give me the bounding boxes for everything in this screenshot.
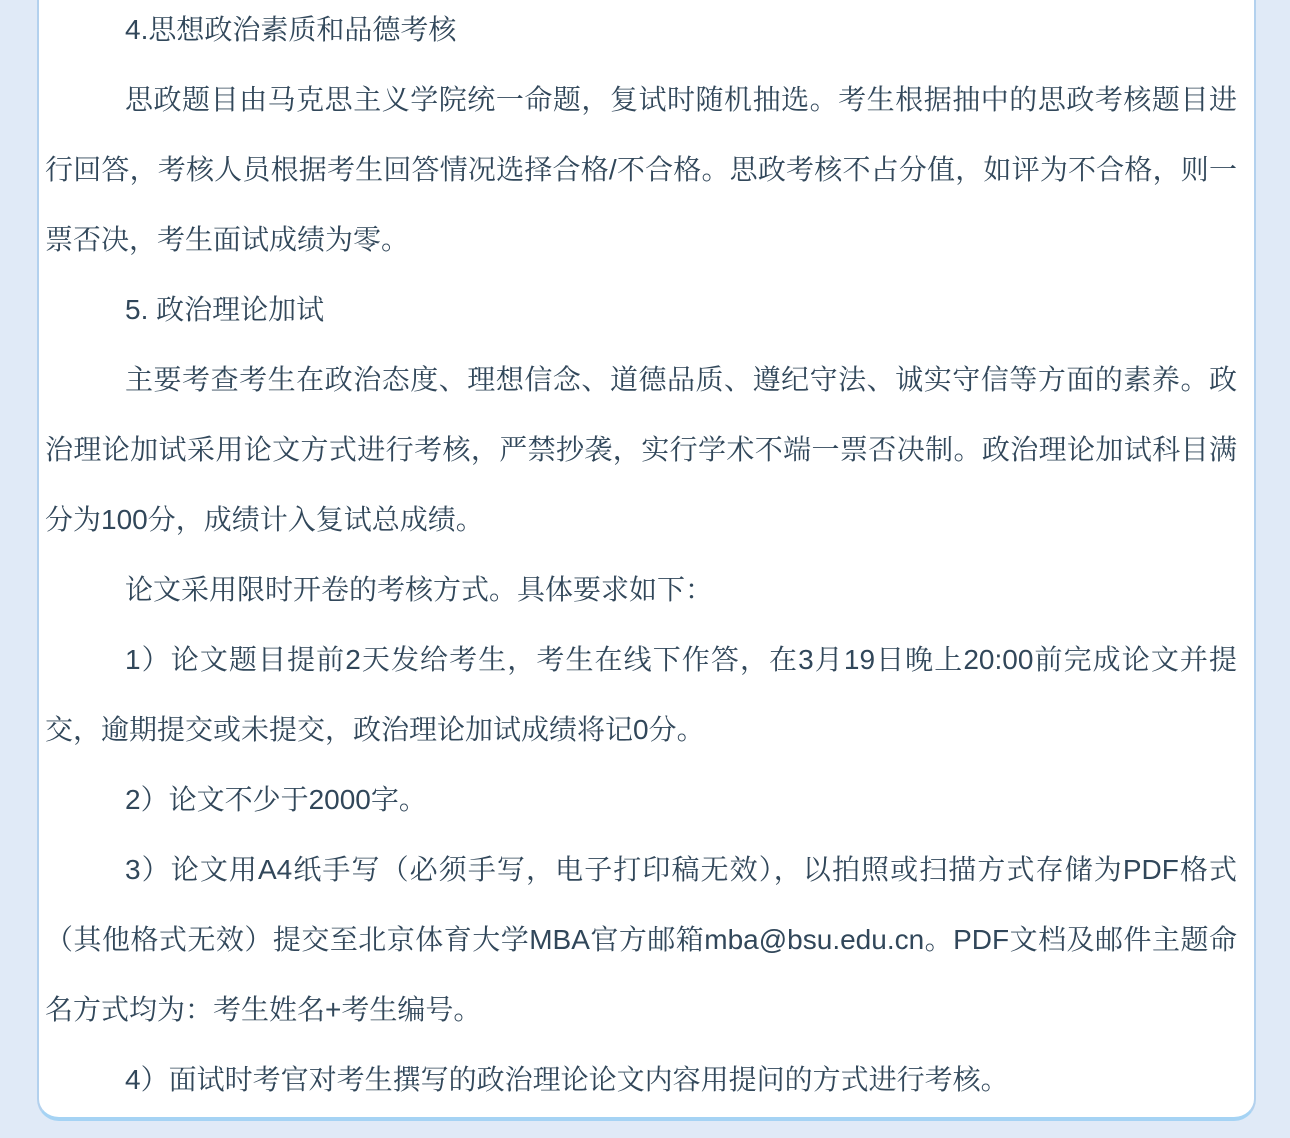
paragraph-requirement-2: 2）论文不少于2000字。 xyxy=(45,765,1237,835)
paragraph-requirement-1: 1）论文题目提前2天发给考生，考生在线下作答，在3月19日晚上20:00前完成论… xyxy=(45,625,1237,765)
document-body: 4.思想政治素质和品德考核 思政题目由马克思主义学院统一命题，复试时随机抽选。考… xyxy=(45,0,1237,1115)
page-background: 4.思想政治素质和品德考核 思政题目由马克思主义学院统一命题，复试时随机抽选。考… xyxy=(0,0,1290,1138)
section-heading-4: 4.思想政治素质和品德考核 xyxy=(45,0,1237,65)
paragraph-ideology-assessment: 思政题目由马克思主义学院统一命题，复试时随机抽选。考生根据抽中的思政考核题目进行… xyxy=(45,65,1237,275)
paragraph-requirement-3: 3）论文用A4纸手写（必须手写，电子打印稿无效），以拍照或扫描方式存储为PDF格… xyxy=(45,835,1237,1045)
section-heading-5: 5. 政治理论加试 xyxy=(45,275,1237,345)
paragraph-requirement-4: 4）面试时考官对考生撰写的政治理论论文内容用提问的方式进行考核。 xyxy=(45,1045,1237,1115)
paragraph-political-theory-test: 主要考查考生在政治态度、理想信念、道德品质、遵纪守法、诚实守信等方面的素养。政治… xyxy=(45,345,1237,555)
paragraph-essay-requirements-intro: 论文采用限时开卷的考核方式。具体要求如下： xyxy=(45,555,1237,625)
